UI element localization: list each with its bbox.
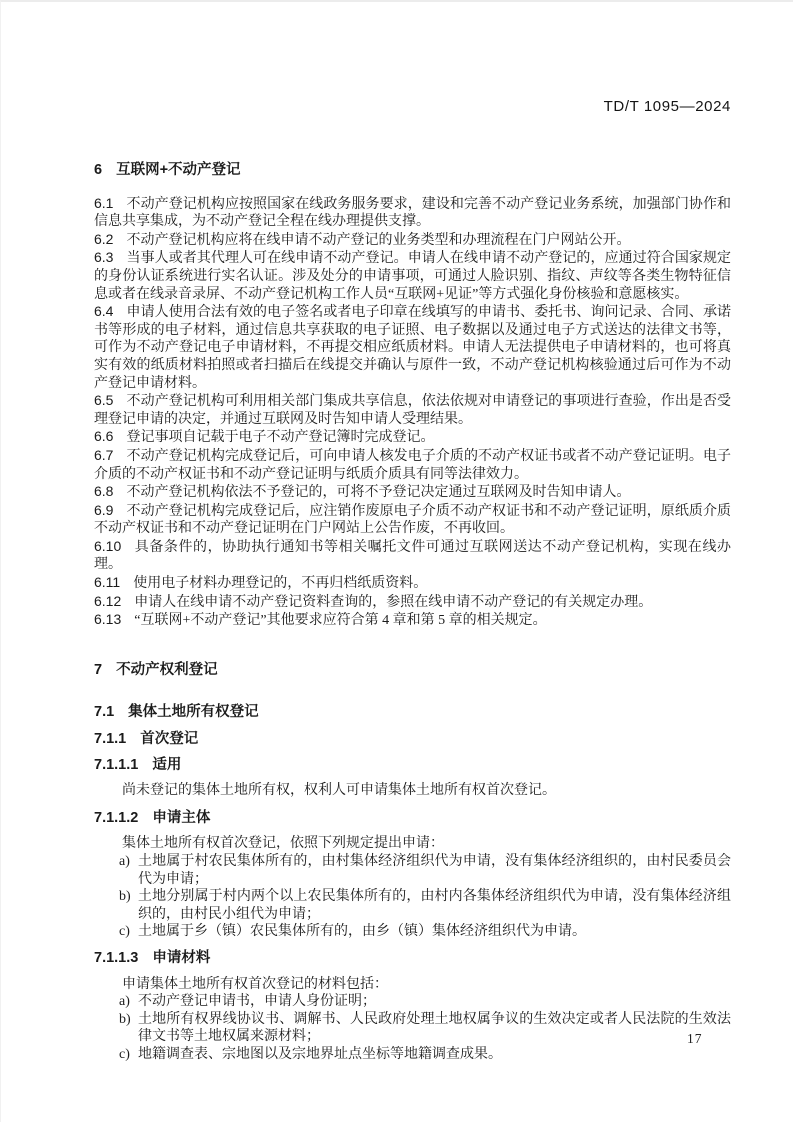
section-7-1-1-1-number: 7.1.1.1 <box>94 757 138 775</box>
clause-6-11-text: 使用电子材料办理登记的，不再归档纸质资料。 <box>133 576 427 591</box>
clause-6-9: 6.9不动产登记机构完成登记后，应注销作废原电子介质不动产权证书和不动产登记证明… <box>94 502 731 538</box>
section-7-1-1-3-number: 7.1.1.3 <box>94 950 138 968</box>
section-7-1-1-2-heading: 7.1.1.2申请主体 <box>94 810 731 828</box>
page-number: 17 <box>687 1031 703 1047</box>
section-7-1-title: 集体土地所有权登记 <box>128 704 259 720</box>
page-content: 6互联网+不动产登记 6.1不动产登记机构应按照国家在线政务服务要求，建设和完善… <box>94 162 731 1064</box>
clause-6-3-text: 当事人或者其代理人可在线申请不动产登记。申请人在线申请不动产登记的，应通过符合国… <box>94 251 731 301</box>
section-7-1-number: 7.1 <box>94 704 114 722</box>
list-text-b: 土地分别属于村内两个以上农民集体所有的，由村内各集体经济组织代为申请，没有集体经… <box>138 889 731 922</box>
section-7-1-1-number: 7.1.1 <box>94 731 126 749</box>
section-7-heading: 7不动产权利登记 <box>94 662 731 680</box>
clause-6-10-text: 具备条件的，协助执行通知书等相关嘱托文件可通过互联网送达不动产登记机构，实现在线… <box>94 540 731 573</box>
document-page: TD/T 1095—2024 6互联网+不动产登记 6.1不动产登记机构应按照国… <box>0 0 793 1122</box>
section-6-number: 6 <box>94 162 102 180</box>
clause-6-8: 6.8不动产登记机构依法不予登记的，可将不予登记决定通过互联网及时告知申请人。 <box>94 483 731 502</box>
clause-6-6: 6.6登记事项自记载于电子不动产登记簿时完成登记。 <box>94 428 731 447</box>
list-item-7-1-1-2-c: c)土地属于乡（镇）农民集体所有的，由乡（镇）集体经济组织代为申请。 <box>94 923 731 941</box>
list-marker-a: a) <box>119 993 130 1011</box>
clause-6-5-number: 6.5 <box>94 392 113 410</box>
section-7-title: 不动产权利登记 <box>116 662 218 678</box>
section-7-1-1-title: 首次登记 <box>140 731 198 747</box>
list-item-7-1-1-2-a: a)土地属于村农民集体所有的，由村集体经济组织代为申请，没有集体经济组织的，由村… <box>94 853 731 888</box>
list-marker-b: b) <box>119 1011 131 1029</box>
clause-6-5: 6.5不动产登记机构可利用相关部门集成共享信息，依法依规对申请登记的事项进行查验… <box>94 392 731 428</box>
clause-6-2-text: 不动产登记机构应将在线申请不动产登记的业务类型和办理流程在门户网站公开。 <box>126 233 630 248</box>
paragraph-7-1-1-2-lead: 集体土地所有权首次登记，依照下列规定提出申请： <box>94 835 731 853</box>
list-item-7-1-1-3-c: c)地籍调查表、宗地图以及宗地界址点坐标等地籍调查成果。 <box>94 1046 731 1064</box>
section-7-1-1-1-title: 适用 <box>152 757 181 773</box>
list-text-c: 地籍调查表、宗地图以及宗地界址点坐标等地籍调查成果。 <box>138 1047 502 1062</box>
section-7-1-1-heading: 7.1.1首次登记 <box>94 731 731 749</box>
document-code: TD/T 1095—2024 <box>604 98 731 115</box>
list-text-a: 不动产登记申请书，申请人身份证明； <box>138 994 376 1009</box>
list-text-c: 土地属于乡（镇）农民集体所有的，由乡（镇）集体经济组织代为申请。 <box>138 924 586 939</box>
clause-6-11-number: 6.11 <box>94 574 120 592</box>
clause-6-11: 6.11使用电子材料办理登记的，不再归档纸质资料。 <box>94 574 731 593</box>
list-text-b: 土地所有权界线协议书、调解书、人民政府处理土地权属争议的生效决定或者人民法院的生… <box>138 1012 731 1045</box>
section-7-1-1-1-heading: 7.1.1.1适用 <box>94 757 731 775</box>
section-6-title: 互联网+不动产登记 <box>116 162 240 178</box>
clause-6-2-number: 6.2 <box>94 231 113 249</box>
clause-6-1-number: 6.1 <box>94 195 113 213</box>
clause-6-13: 6.13“互联网+不动产登记”其他要求应符合第 4 章和第 5 章的相关规定。 <box>94 611 731 630</box>
clause-6-10-number: 6.10 <box>94 538 121 556</box>
clause-6-12: 6.12申请人在线申请不动产登记资料查询的，参照在线申请不动产登记的有关规定办理… <box>94 593 731 612</box>
clause-6-6-text: 登记事项自记载于电子不动产登记簿时完成登记。 <box>126 430 434 445</box>
clause-6-9-number: 6.9 <box>94 502 113 520</box>
clause-6-8-text: 不动产登记机构依法不予登记的，可将不予登记决定通过互联网及时告知申请人。 <box>126 485 630 500</box>
paragraph-7-1-1-3-lead: 申请集体土地所有权首次登记的材料包括： <box>94 976 731 994</box>
clause-6-4: 6.4申请人使用合法有效的电子签名或者电子印章在线填写的申请书、委托书、询问记录… <box>94 303 731 392</box>
clause-6-2: 6.2不动产登记机构应将在线申请不动产登记的业务类型和办理流程在门户网站公开。 <box>94 231 731 250</box>
clause-6-7-text: 不动产登记机构完成登记后，可向申请人核发电子介质的不动产权证书或者不动产登记证明… <box>94 449 731 482</box>
clause-6-6-number: 6.6 <box>94 428 113 446</box>
list-item-7-1-1-3-b: b)土地所有权界线协议书、调解书、人民政府处理土地权属争议的生效决定或者人民法院… <box>94 1011 731 1046</box>
clause-6-9-text: 不动产登记机构完成登记后，应注销作废原电子介质不动产权证书和不动产登记证明，原纸… <box>94 504 731 537</box>
list-marker-c: c) <box>119 923 130 941</box>
section-6-heading: 6互联网+不动产登记 <box>94 162 731 180</box>
clause-6-3-number: 6.3 <box>94 249 113 267</box>
section-7-1-1-2-title: 申请主体 <box>152 810 210 826</box>
clause-6-1-text: 不动产登记机构应按照国家在线政务服务要求，建设和完善不动产登记业务系统，加强部门… <box>94 197 731 230</box>
section-7-number: 7 <box>94 662 102 680</box>
section-7-1-1-2-number: 7.1.1.2 <box>94 810 138 828</box>
clause-6-12-number: 6.12 <box>94 593 121 611</box>
list-marker-c: c) <box>119 1046 130 1064</box>
section-7-1-1-3-heading: 7.1.1.3申请材料 <box>94 950 731 968</box>
section-7-1-1-3-title: 申请材料 <box>152 950 210 966</box>
list-text-a: 土地属于村农民集体所有的，由村集体经济组织代为申请，没有集体经济组织的，由村民委… <box>138 854 731 887</box>
clause-6-7-number: 6.7 <box>94 447 113 465</box>
clause-6-13-text: “互联网+不动产登记”其他要求应符合第 4 章和第 5 章的相关规定。 <box>134 613 546 628</box>
paragraph-7-1-1-1: 尚未登记的集体土地所有权，权利人可申请集体土地所有权首次登记。 <box>94 782 731 800</box>
clause-6-7: 6.7不动产登记机构完成登记后，可向申请人核发电子介质的不动产权证书或者不动产登… <box>94 447 731 483</box>
list-item-7-1-1-2-b: b)土地分别属于村内两个以上农民集体所有的，由村内各集体经济组织代为申请，没有集… <box>94 888 731 923</box>
list-marker-b: b) <box>119 888 131 906</box>
clause-6-8-number: 6.8 <box>94 483 113 501</box>
clause-6-5-text: 不动产登记机构可利用相关部门集成共享信息，依法依规对申请登记的事项进行查验，作出… <box>94 394 731 427</box>
list-marker-a: a) <box>119 853 130 871</box>
clause-6-1: 6.1不动产登记机构应按照国家在线政务服务要求，建设和完善不动产登记业务系统，加… <box>94 195 731 231</box>
clause-6-12-text: 申请人在线申请不动产登记资料查询的，参照在线申请不动产登记的有关规定办理。 <box>134 595 652 610</box>
clause-6-4-number: 6.4 <box>94 303 113 321</box>
section-7-1-heading: 7.1集体土地所有权登记 <box>94 704 731 722</box>
clause-6-13-number: 6.13 <box>94 611 121 629</box>
clause-6-10: 6.10具备条件的，协助执行通知书等相关嘱托文件可通过互联网送达不动产登记机构，… <box>94 538 731 574</box>
clause-6-3: 6.3当事人或者其代理人可在线申请不动产登记。申请人在线申请不动产登记的，应通过… <box>94 249 731 303</box>
list-item-7-1-1-3-a: a)不动产登记申请书，申请人身份证明； <box>94 993 731 1011</box>
clause-6-4-text: 申请人使用合法有效的电子签名或者电子印章在线填写的申请书、委托书、询问记录、合同… <box>94 305 731 390</box>
